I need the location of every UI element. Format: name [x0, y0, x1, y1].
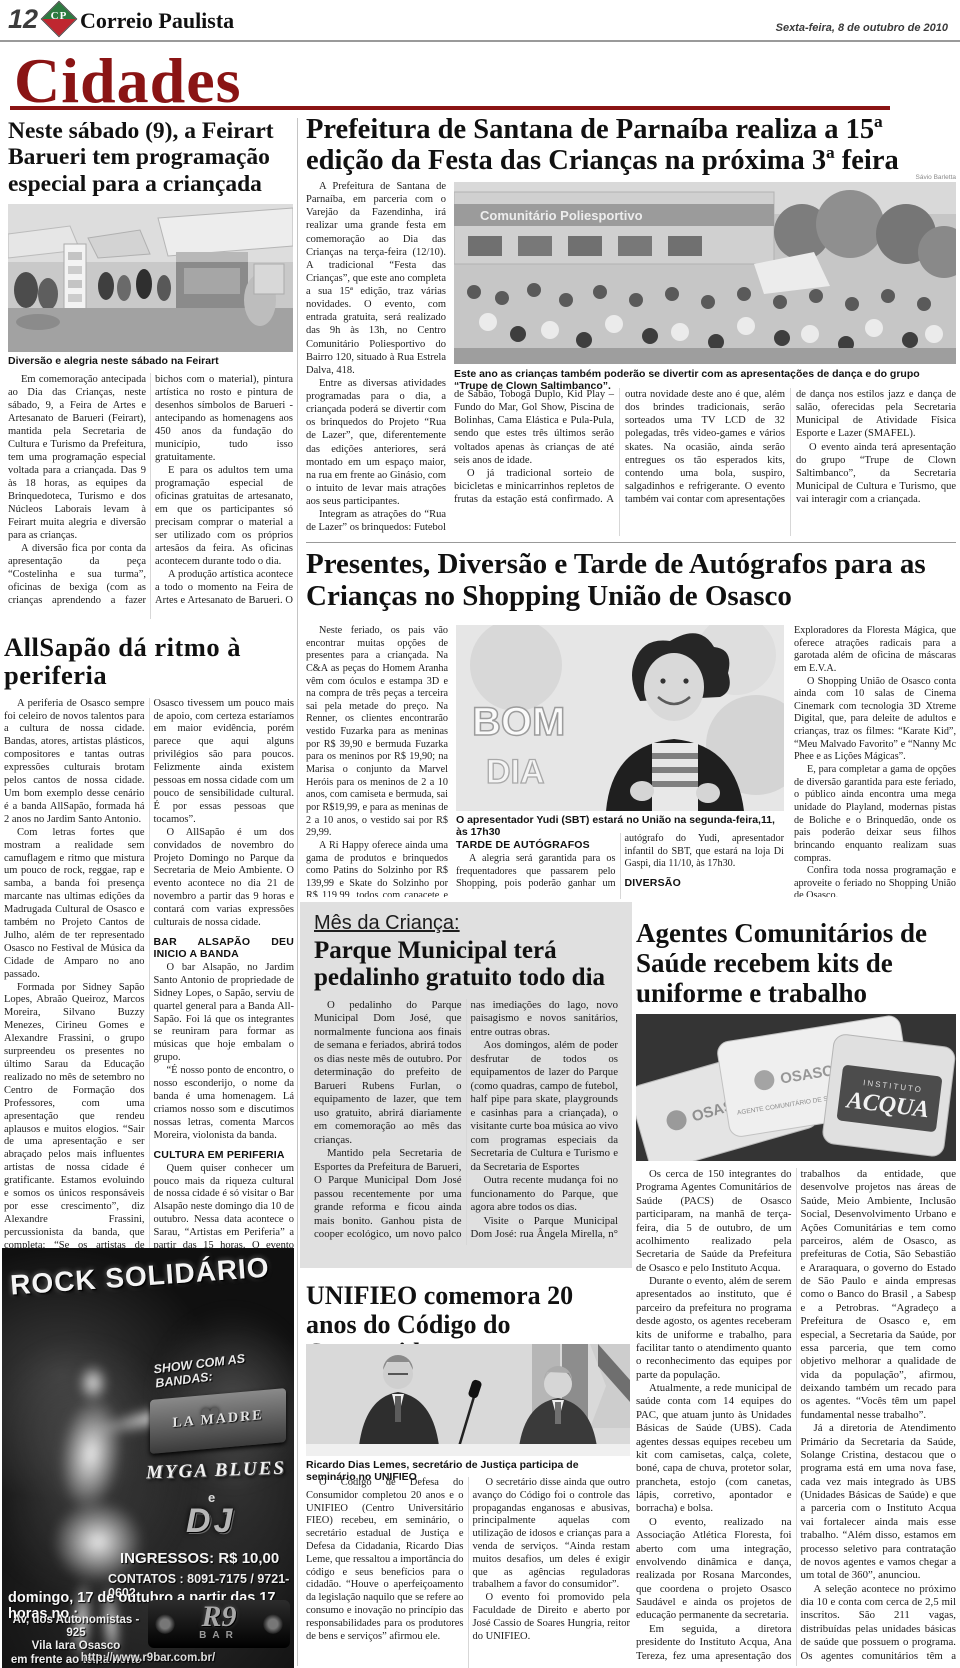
- unifieo-photo: [306, 1344, 630, 1456]
- feirart-headline: Neste sábado (9), a Feirart Barueri tem …: [8, 118, 293, 197]
- allsapao-headline: AllSapão dá ritmo à periferia: [4, 634, 294, 690]
- article-shopping: Presentes, Diversão e Tarde de Autógrafo…: [306, 542, 956, 903]
- santana-photo: Comunitário Poliesportivo: [454, 182, 956, 364]
- section-rule: [10, 106, 890, 110]
- santana-photo-overlay-text: Comunitário Poliesportivo: [480, 208, 643, 223]
- edition-date: Sexta-feira, 8 de outubro de 2010: [776, 22, 948, 34]
- r9-logo-text: R9: [148, 1600, 290, 1634]
- feirart-photo-caption: Diversão e alegria neste sábado na Feira…: [8, 355, 293, 367]
- kits-photo: OSASCO OSASCO AGENTE COMUNITÁRIO DE SAÚD…: [636, 1014, 956, 1161]
- santana-photo-credit: Sávio Barletta: [454, 174, 956, 181]
- unifieo-body: O Código de Defesa do Consumidor complet…: [306, 1477, 630, 1668]
- feirart-photo: [8, 204, 293, 352]
- article-santana: Prefeitura de Santana de Parnaíba realiz…: [306, 114, 956, 542]
- newspaper-page: 12 CP Correio Paulista Sexta-feira, 8 de…: [0, 0, 960, 1668]
- feirart-photo-illustration: [8, 204, 293, 352]
- article-unifieo: UNIFIEO comemora 20 anos do Código do Co…: [306, 1282, 630, 1668]
- r9-logo-sub: BAR: [148, 1630, 290, 1641]
- agentes-headline: Agentes Comunitários de Saúde recebem ki…: [636, 918, 956, 1009]
- parque-headline: Parque Municipal terá pedalinho gratuito…: [314, 937, 618, 991]
- yudi-photo-illustration: BOM DIA: [456, 625, 784, 811]
- ad-dj: DJ: [186, 1502, 235, 1541]
- unifieo-photo-illustration: [306, 1344, 630, 1456]
- shopping-left-column: Neste feriado, os pais vão encontrar mui…: [306, 625, 448, 897]
- column-divider: [297, 118, 298, 1666]
- santana-headline: Prefeitura de Santana de Parnaíba realiz…: [306, 114, 956, 177]
- shopping-mid-column: TARDE DE AUTÓGRAFOSA alegria será garant…: [456, 833, 784, 899]
- kits-photo-illustration: OSASCO OSASCO AGENTE COMUNITÁRIO DE SAÚD…: [636, 1014, 956, 1161]
- ad-title: ROCK SOLIDÁRIO: [9, 1250, 289, 1301]
- yudi-photo: BOM DIA: [456, 625, 784, 811]
- masthead: 12 CP Correio Paulista Sexta-feira, 8 de…: [0, 0, 960, 42]
- feirart-body: Em comemoração antecipada ao Dia das Cri…: [8, 373, 293, 619]
- parque-body: O pedalinho do Parque Municipal Dom José…: [314, 999, 618, 1245]
- page-number: 12: [8, 4, 38, 35]
- article-feirart: Neste sábado (9), a Feirart Barueri tem …: [8, 118, 293, 619]
- shopping-right-column: Exploradores da Floresta Mágica, que ofe…: [794, 625, 956, 897]
- rock-solidario-ad: ROCK SOLIDÁRIO SHOW COM AS BANDAS: ♥ LA …: [2, 1248, 294, 1668]
- article-parque: Mês da Criança: Parque Municipal terá pe…: [300, 902, 632, 1268]
- article-agentes: Agentes Comunitários de Saúde recebem ki…: [636, 918, 956, 1668]
- parque-kicker: Mês da Criança:: [314, 912, 618, 935]
- santana-photo-illustration: Comunitário Poliesportivo: [454, 182, 956, 364]
- newspaper-logo-letters: CP: [46, 10, 72, 22]
- bomdia-overlay-bottom: DIA: [486, 753, 545, 791]
- santana-intro-column: A Prefeitura de Santana de Parnaíba, em …: [306, 180, 446, 536]
- allsapao-body: A periferia de Osasco sempre foi celeiro…: [4, 698, 294, 1264]
- ad-url: http://www.r9bar.com.br/: [2, 1652, 294, 1664]
- shopping-headline: Presentes, Diversão e Tarde de Autógrafo…: [306, 549, 956, 613]
- ad-tickets: INGRESSOS: R$ 10,00: [120, 1550, 279, 1567]
- newspaper-name: Correio Paulista: [80, 8, 234, 34]
- santana-body: de Sabão, Tobogã Duplo, Kid Play – Fundo…: [454, 388, 956, 536]
- article-allsapao: AllSapão dá ritmo à periferia A periferi…: [4, 634, 294, 1264]
- bomdia-overlay-top: BOM: [472, 700, 565, 744]
- agentes-body: Os cerca de 150 integrantes do Programa …: [636, 1168, 956, 1666]
- r9-bar-logo: R9 BAR: [148, 1600, 290, 1648]
